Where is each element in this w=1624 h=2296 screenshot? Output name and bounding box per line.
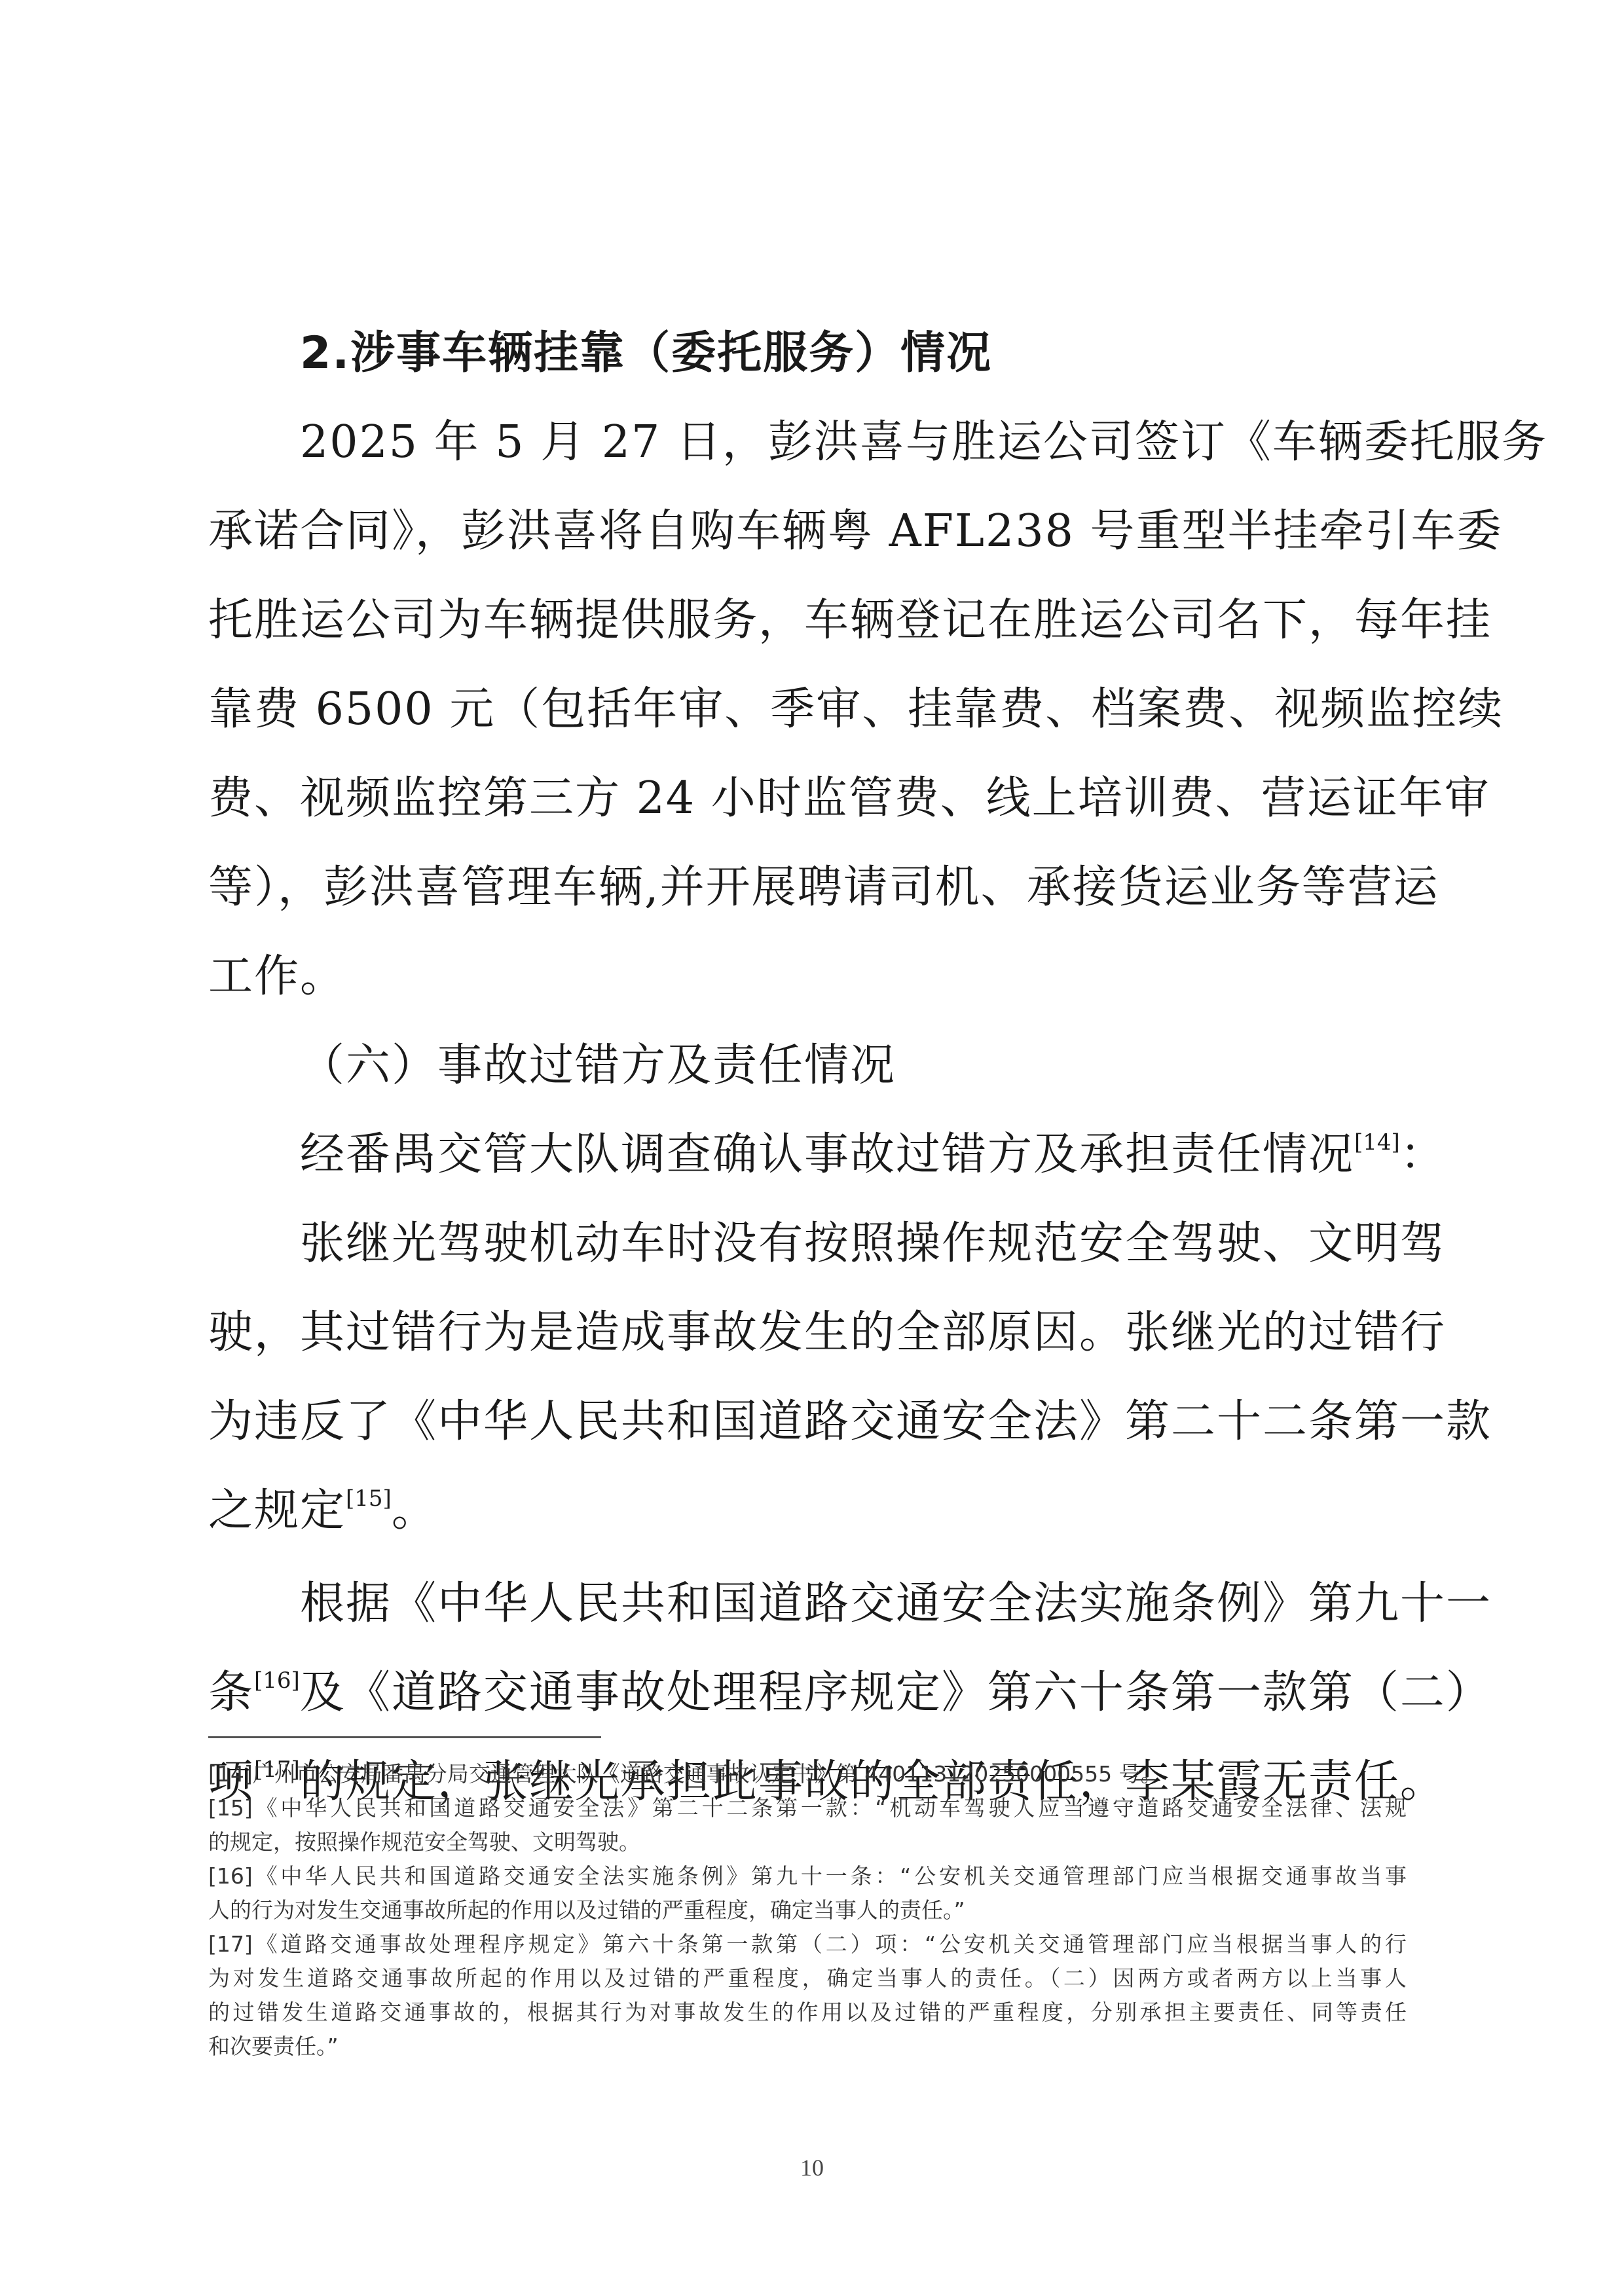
body-line: 2025 年 5 月 27 日，彭洪喜与胜运公司签订《车辆委托服务	[300, 416, 1407, 469]
footnote-ref[interactable]: [16]	[254, 1667, 300, 1694]
body-line: 靠费 6500 元（包括年审、季审、挂靠费、档案费、视频监控续	[208, 683, 1407, 736]
footnote: 的规定，按照操作规范安全驾驶、文明驾驶。	[208, 1828, 1407, 1857]
footnote: 为对发生道路交通事故所起的作用以及过错的严重程度，确定当事人的责任。（二）因两方…	[208, 1964, 1407, 1993]
body-line: 工作。	[208, 951, 1407, 1003]
footnote: 和次要责任。”	[208, 2032, 1407, 2061]
body-line: 根据《中华人民共和国道路交通安全法实施条例》第九十一	[300, 1578, 1407, 1630]
body-line: 张继光驾驶机动车时没有按照操作规范安全驾驶、文明驾	[300, 1218, 1407, 1270]
footnote: [17]《道路交通事故处理程序规定》第六十条第一款第（二）项：“公安机关交通管理…	[208, 1930, 1407, 1959]
body-text: 条	[208, 1667, 254, 1719]
body-text: ：	[1400, 1129, 1446, 1180]
body-line: 费、视频监控第三方 24 小时监管费、线上培训费、营运证年审	[208, 773, 1407, 825]
body-line: 之规定[15]。	[208, 1485, 1407, 1537]
body-line: 托胜运公司为车辆提供服务，车辆登记在胜运公司名下，每年挂	[208, 594, 1407, 647]
subsection-heading: （六）事故过错方及责任情况	[300, 1040, 1407, 1092]
body-text: 。	[392, 1485, 437, 1537]
body-line: 经番禺交管大队调查确认事故过错方及承担责任情况[14]：	[300, 1129, 1407, 1181]
body-line: 驶，其过错行为是造成事故发生的全部原因。张继光的过错行	[208, 1307, 1407, 1359]
footnote: 人的行为对发生交通事故所起的作用以及过错的严重程度，确定当事人的责任。”	[208, 1896, 1407, 1925]
body-text: 经番禺交管大队调查确认事故过错方及承担责任情况	[300, 1129, 1354, 1180]
footnote-divider	[208, 1736, 601, 1738]
section-heading: 2.涉事车辆挂靠（委托服务）情况	[300, 327, 1407, 380]
document-page: 2.涉事车辆挂靠（委托服务）情况 2025 年 5 月 27 日，彭洪喜与胜运公…	[0, 0, 1624, 2296]
footnote: [14]广州市公安局番禺分局交通管理大队《道路交通事故认定书》第 4401131…	[208, 1760, 1407, 1789]
body-text: 及《道路交通事故处理程序规定》第六十条第一款第（二）	[300, 1667, 1492, 1719]
footnote-ref[interactable]: [15]	[346, 1485, 392, 1512]
footnote: 的过错发生道路交通事故的，根据其行为对事故发生的作用以及过错的严重程度，分别承担…	[208, 1998, 1407, 2027]
body-line: 承诺合同》，彭洪喜将自购车辆粤 AFL238 号重型半挂牵引车委	[208, 505, 1407, 558]
body-line: 为违反了《中华人民共和国道路交通安全法》第二十二条第一款	[208, 1396, 1407, 1448]
body-text: 之规定	[208, 1485, 346, 1537]
footnote-ref[interactable]: [14]	[1354, 1129, 1400, 1156]
body-line: 条[16]及《道路交通事故处理程序规定》第六十条第一款第（二）	[208, 1667, 1407, 1719]
body-line: 等），彭洪喜管理车辆,并开展聘请司机、承接货运业务等营运	[208, 862, 1407, 914]
page-number: 10	[0, 2154, 1624, 2181]
footnote: [16]《中华人民共和国道路交通安全法实施条例》第九十一条：“公安机关交通管理部…	[208, 1862, 1407, 1891]
footnote: [15]《中华人民共和国道路交通安全法》第二十二条第一款：“机动车驾驶人应当遵守…	[208, 1794, 1407, 1823]
